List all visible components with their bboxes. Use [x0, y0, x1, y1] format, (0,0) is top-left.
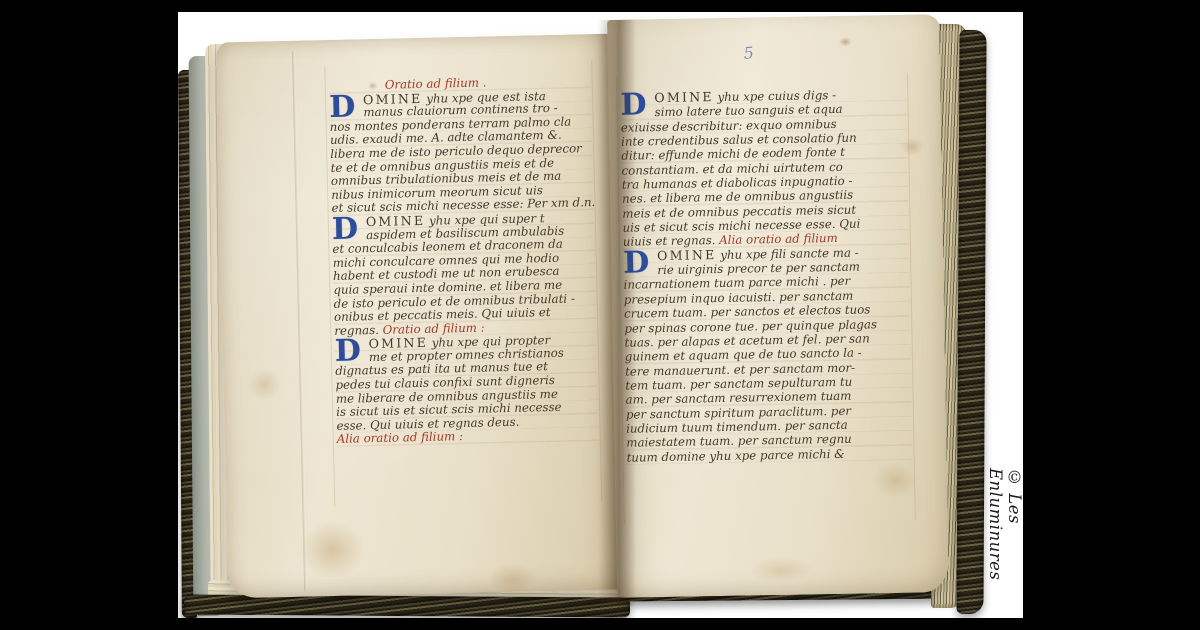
incipit-caps: OMINE [657, 247, 717, 263]
right-cover-marbled-edge [956, 30, 986, 614]
left-text-block: D D D Oratio ad filium .OMINE yhu xpe qu… [329, 74, 599, 447]
rubric-text: Oratio ad filium . [385, 75, 487, 91]
gutter-shadow [598, 20, 636, 606]
foxing-spot [837, 36, 853, 48]
left-manuscript-page: D D D Oratio ad filium .OMINE yhu xpe qu… [216, 34, 623, 599]
bottom-cover-edge-left [184, 594, 630, 617]
rubric-text: Alia oratio ad filium : [337, 429, 464, 446]
parchment-stain [736, 551, 827, 589]
parchment-crease [292, 51, 307, 591]
right-manuscript-page: 5 D D OMINE yhu xpe cuius digs -simo lat… [607, 14, 949, 598]
parchment-stain [286, 509, 378, 591]
incipit-caps: OMINE [654, 89, 714, 105]
parchment-stain [241, 361, 288, 408]
photo-panel: D D D Oratio ad filium .OMINE yhu xpe qu… [178, 12, 1023, 618]
parchment-stain [865, 454, 926, 505]
og-image-canvas: D D D Oratio ad filium .OMINE yhu xpe qu… [0, 0, 1200, 630]
copyright-watermark: © Les Enluminures [986, 468, 1024, 628]
folio-number: 5 [743, 43, 755, 63]
right-text-block: D D OMINE yhu xpe cuius digs -simo later… [620, 87, 912, 465]
